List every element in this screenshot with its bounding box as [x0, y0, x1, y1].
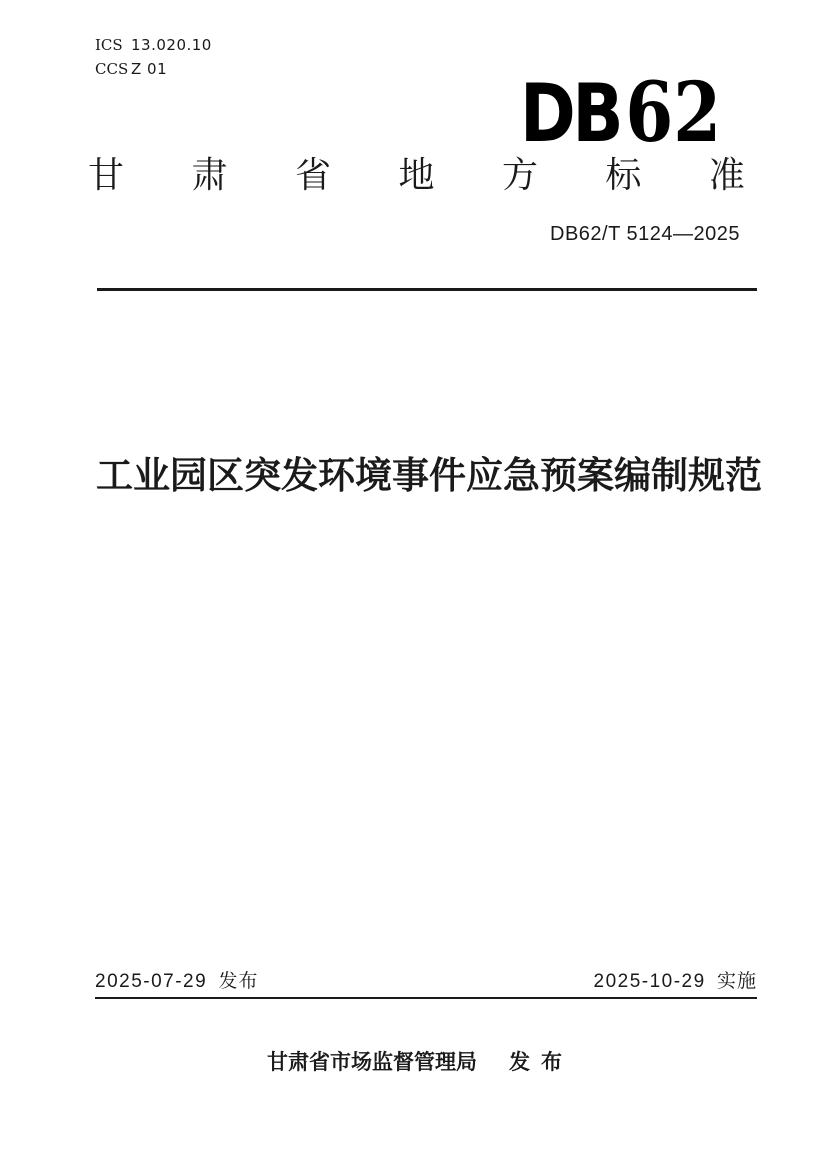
- standard-name-char: 方: [502, 157, 538, 193]
- dates-row: 2025-07-29 发布 2025-10-29 实施: [95, 970, 757, 995]
- implement-label: 实施: [717, 971, 757, 992]
- standard-name-row: 甘 肃 省 地 方 标 准: [88, 157, 745, 193]
- classification-block: ICS 13.020.10 CCS Z 01: [95, 33, 212, 81]
- page-title: 工业园区突发环境事件应急预案编制规范: [96, 445, 762, 499]
- standard-name-char: 标: [605, 157, 641, 193]
- ccs-value: Z 01: [131, 57, 167, 81]
- document-number: DB62/T 5124—2025: [550, 223, 740, 246]
- standard-name-char: 省: [295, 157, 331, 193]
- ccs-label: CCS: [95, 57, 131, 81]
- bottom-divider-rule: [95, 997, 757, 999]
- publisher-row: 甘肃省市场监督管理局发布: [267, 1050, 573, 1075]
- implement-date-block: 2025-10-29 实施: [594, 970, 758, 995]
- publisher-action-label: 发布: [509, 1051, 573, 1074]
- issue-label: 发布: [218, 971, 258, 992]
- top-divider-rule: [97, 288, 757, 291]
- publisher-name: 甘肃省市场监督管理局: [267, 1051, 477, 1074]
- ics-value: 13.020.10: [131, 33, 212, 57]
- implement-date: 2025-10-29: [594, 971, 706, 992]
- issue-date: 2025-07-29: [95, 971, 207, 992]
- standard-cover-page: ICS 13.020.10 CCS Z 01 DB62 甘 肃 省 地 方 标 …: [0, 0, 815, 1153]
- db62-logo-db: DB: [520, 67, 620, 160]
- standard-name-char: 肃: [191, 157, 227, 193]
- db62-logo: DB62: [520, 72, 721, 154]
- ics-label: ICS: [95, 33, 131, 57]
- standard-name-char: 甘: [88, 157, 124, 193]
- ccs-row: CCS Z 01: [95, 57, 212, 81]
- issue-date-block: 2025-07-29 发布: [95, 970, 259, 995]
- db62-logo-number: 62: [625, 65, 721, 161]
- standard-name-char: 准: [709, 157, 745, 193]
- ics-row: ICS 13.020.10: [95, 33, 212, 57]
- standard-name-char: 地: [398, 157, 434, 193]
